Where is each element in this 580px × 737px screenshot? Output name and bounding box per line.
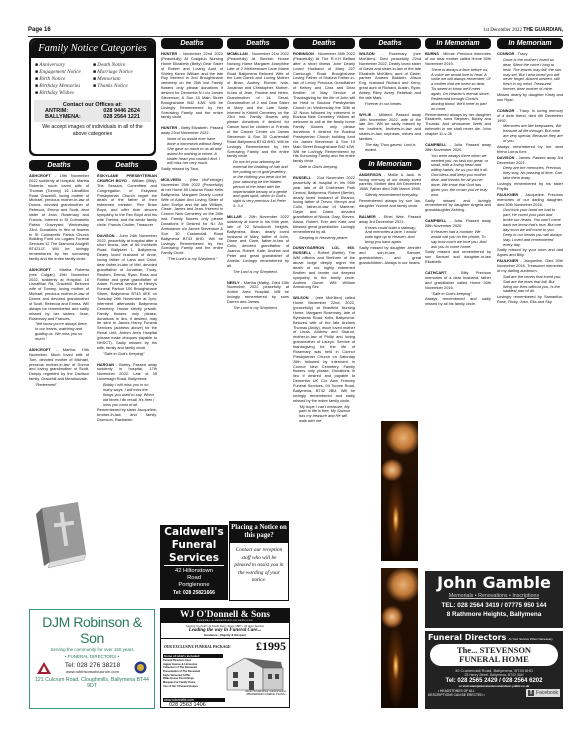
ad-tel: TEL: 028 2564 3419 / 07775 950 144 bbox=[425, 602, 563, 609]
candle-image bbox=[381, 421, 418, 561]
notice: HUNTER - Betty Elizabeth. Passed away 22… bbox=[161, 126, 223, 136]
notice-end: Always remembered by her dear friend Lor… bbox=[497, 145, 563, 155]
section-header-deaths: Deaths bbox=[29, 160, 89, 171]
ad-stevenson-funeral-home: Funeral Directors At Your Service When N… bbox=[425, 631, 563, 709]
notice-end: Sadly missed by daughter Jennifer and so… bbox=[359, 246, 421, 266]
ad-name: WJ O'Donnell & Sons bbox=[180, 610, 270, 620]
verse: "We know you're always there. In our hea… bbox=[29, 322, 89, 342]
notice: MCILVEEN - (Nee McFetridge) November 25t… bbox=[161, 178, 223, 256]
verse: Gone is the mother I loved so dear, Sile… bbox=[497, 58, 563, 92]
images-note: We accept images of individuals in all o… bbox=[31, 122, 154, 140]
category-item: Death Notice bbox=[93, 62, 151, 68]
notice-end: Sadly missed and remembered by son Samue… bbox=[425, 250, 491, 265]
notice: DUNNYGARRON LOL 960. RUSSELL - Robert (B… bbox=[293, 246, 355, 290]
ad-john-gamble: John Gamble Memorials • Renovations • In… bbox=[425, 571, 563, 628]
funeral-home-photo: Mount St Dalmanus, Funeral Home•PREFERRE… bbox=[223, 654, 289, 698]
verse: Deep are the memories, Precious they sta… bbox=[497, 166, 563, 181]
category-item: Birthday Memories bbox=[35, 83, 93, 89]
notice: ESKYLANE PRESBYTERIAN CHURCH BOYD - Will… bbox=[97, 174, 157, 228]
verse: "The Lord's is my Shepherd." bbox=[161, 257, 223, 262]
notice-end: Always remembered and sadly missed by al… bbox=[425, 297, 491, 307]
notice: WYLIE - Mildred. Passed away 16th Novemb… bbox=[359, 113, 421, 142]
notice: HUNTER - November 22nd 2022 (Peacefully)… bbox=[161, 52, 223, 120]
verse: Bobby I will miss you in so many ways, I… bbox=[97, 383, 157, 407]
header-rule bbox=[28, 36, 563, 37]
ad-caldwells: Caldwell's Funeral Services 42 Hiltonsto… bbox=[160, 525, 228, 600]
notice-end: Missed dearly by daughter Kirsty and son… bbox=[497, 93, 563, 103]
notice: FAULKNER - Jacqueline. Precious memories… bbox=[497, 193, 563, 208]
section-header-memoriam: In Memoriam bbox=[359, 159, 421, 170]
verse: If Heaven had a number, We would call yo… bbox=[425, 230, 491, 250]
facebook-link[interactable]: fFacebook bbox=[526, 689, 560, 697]
candle-image bbox=[381, 568, 418, 708]
notice: CONNOR - Tracy. In loving memory of a de… bbox=[497, 109, 563, 124]
notice-end: Sadly missed by Tara. bbox=[161, 167, 223, 172]
dateline: 1st December 2022 THE GUARDIAN, bbox=[483, 27, 563, 33]
ad-address: 121 Culcrum Road, Cloughmills, Ballymena… bbox=[30, 677, 154, 689]
verse: The Lord is my Shepherd. bbox=[227, 270, 289, 275]
notice: HARGAN - Bobby. Passed away suddenly in … bbox=[97, 363, 157, 383]
notice: WILSON - (nee McKillen) called Home Nove… bbox=[293, 296, 355, 403]
ad-name: Services bbox=[160, 551, 228, 564]
verse: If tears could build a stairway, And mem… bbox=[359, 226, 421, 246]
verse: 'My hope I can't measure, My path to lif… bbox=[293, 405, 355, 425]
notice: BURNS - Minnie. Precious memories of our… bbox=[425, 52, 491, 67]
category-item: Engagement Notice bbox=[35, 69, 93, 75]
ad-services: Memorials • Renovations • Inscriptions bbox=[425, 593, 563, 599]
ad-price: £1995 bbox=[256, 639, 286, 654]
verse: Sleeping in Heavenly peace. bbox=[293, 236, 355, 241]
notice: ASHCROFT - Martha. 19th November. Much l… bbox=[29, 348, 89, 382]
verse: Memories are like keepsakes, We treasure… bbox=[497, 124, 563, 144]
notice: MCMILLAN - November 21st 2022 (Peacefull… bbox=[227, 52, 289, 159]
notice: ASHCROFT - 19th November 2022 suddenly a… bbox=[29, 174, 89, 262]
category-item: Birth Notice bbox=[35, 76, 93, 82]
package-list: Some of what's included: Funeral Directo… bbox=[161, 654, 223, 698]
verse: Safe in God's keeping. bbox=[293, 165, 355, 170]
verse: Sad are the hearts that loved you, Sad a… bbox=[497, 275, 563, 295]
notice-end: Remembered always by son Ian, daughter Y… bbox=[359, 199, 421, 209]
category-item: Thanks Notice bbox=[93, 83, 151, 89]
funeral-association-logo-icon bbox=[37, 662, 51, 674]
paper-name: THE GUARDIAN, bbox=[523, 27, 563, 33]
page-number: Page 16 bbox=[28, 27, 51, 33]
column-deaths-1: Deaths ASHCROFT - 19th November 2022 sud… bbox=[29, 160, 89, 389]
ad-name: Caldwell's bbox=[160, 525, 228, 538]
ad-web: www.robinsonsofculcrum.com bbox=[65, 669, 120, 674]
ad-tel: Tel: 028 25821666 bbox=[160, 590, 228, 596]
column-deaths-4: Deaths MCMILLAN - November 21st 2022 (Pe… bbox=[227, 38, 289, 312]
ad-name: DJM Robinson & Son bbox=[30, 614, 154, 646]
verse: Forever in our hearts. bbox=[359, 102, 421, 107]
section-header-deaths: Deaths bbox=[227, 38, 289, 49]
category-item: Memoriam bbox=[93, 76, 151, 82]
section-header-deaths: Deaths bbox=[293, 38, 355, 49]
verse: The Lord is my Shepherd. bbox=[227, 306, 289, 311]
notice: DAVISON - James. Passed away 3rd Decembe… bbox=[497, 156, 563, 166]
office-name: BALLYMENA: bbox=[45, 114, 81, 120]
ad-address: 42 Hiltonstown bbox=[175, 568, 213, 574]
ad-djm-robinson: DJM Robinson & Son Serving the community… bbox=[29, 609, 155, 709]
column-memoriam-2: In Memoriam CONNOR - Tracy. Gone is the … bbox=[497, 38, 563, 306]
section-header-deaths: Deaths bbox=[359, 38, 421, 49]
notice-end: Remembered by sister Jacqueline, brother… bbox=[97, 408, 157, 423]
notice: BALMER - Ethel Weir. Passed away 3rd Dec… bbox=[359, 215, 421, 225]
section-header-memoriam: In Memoriam bbox=[497, 38, 563, 49]
notice: ANDERSON - Mollie & Jack. In loving memo… bbox=[359, 173, 421, 193]
categories-title: Family Notice Categories bbox=[31, 40, 154, 58]
categories-box: Family Notice Categories Anniversary Dea… bbox=[29, 38, 156, 156]
verse: God took your hand we had to part, He cu… bbox=[497, 208, 563, 247]
column-deaths-2: Deaths ESKYLANE PRESBYTERIAN CHURCH BOYD… bbox=[97, 160, 157, 424]
notice-end: Lovingly remembered by Samantha-Rose, Ri… bbox=[497, 295, 563, 305]
ad-name: John Gamble bbox=[425, 571, 563, 592]
ad-tel: 028 2563 1406 bbox=[169, 702, 289, 708]
bible-cross-icon bbox=[28, 500, 90, 572]
ad-wj-odonnell: WJ O'Donnell & SonsFUNERAL & REPATRIATIO… bbox=[160, 608, 290, 708]
notice-end: Sadly missed by your mum and dad Agnes a… bbox=[497, 248, 563, 258]
ad-address: 8 Rathmore Heights, Ballymena bbox=[425, 611, 563, 618]
ad-name: Funeral bbox=[160, 538, 228, 551]
column-deaths-5: Deaths ROBINSON - November 28th 2022 (Pe… bbox=[293, 38, 355, 425]
column-memoriam-1: In Memoriam BURNS - Minnie. Precious mem… bbox=[425, 38, 491, 308]
verse: "Safe in God's Keeping" bbox=[97, 352, 157, 357]
notice: CAMPBELL - Julia. Passed away 28th Novem… bbox=[425, 143, 491, 153]
ad-tagline: Serving the community for over 150 years bbox=[30, 647, 154, 652]
section-header-deaths: Deaths bbox=[161, 38, 223, 49]
verse: The day Thou gavest, Lord is ended. bbox=[359, 143, 421, 153]
verse: "Redeemed" bbox=[29, 383, 89, 388]
column-deaths-3: Deaths HUNTER - November 22nd 2022 (Peac… bbox=[161, 38, 223, 263]
office-tel: 028 2564 1221 bbox=[103, 114, 140, 120]
notice: ROBINSON - November 28th 2022 (Peacefull… bbox=[293, 52, 355, 164]
ad-title: Placing a Notice on this page? bbox=[230, 522, 288, 543]
verse: Do not let your adorning be external the… bbox=[227, 160, 289, 209]
ad-body: Contact our reception staff who will be … bbox=[230, 543, 288, 588]
category-item: Birthday Wishes bbox=[35, 90, 93, 96]
verse: You were always there when we needed you… bbox=[425, 154, 491, 198]
notice: MILLAR - 20th November 2022 suddenly at … bbox=[227, 215, 289, 269]
ad-tel: Tel: 028 276 38218 bbox=[65, 662, 120, 669]
verse: There is always a face before us, A voic… bbox=[425, 68, 491, 112]
notice: NEELY - Martha (Matty). Died 15th Novemb… bbox=[227, 281, 289, 305]
verse: None of us would ever have done a homewo… bbox=[161, 137, 223, 166]
notice-end: Sadly missed and lovingly remembered by … bbox=[425, 199, 491, 214]
section-header-deaths: Deaths bbox=[97, 160, 157, 171]
facebook-icon: f bbox=[528, 690, 534, 696]
ad-tel: Tel: 028 2565 2429 / 028 2564 6202 bbox=[425, 678, 563, 684]
column-deaths-6: Deaths WILSON - Rosemary (nee McKillen).… bbox=[359, 38, 421, 267]
notice: CATHCART - Billy. Precious memories of a… bbox=[425, 271, 491, 291]
notice: DAVISON - John 24th November 2022, peace… bbox=[97, 234, 157, 351]
categories-list: Anniversary Death Notice Engagement Noti… bbox=[31, 58, 154, 98]
notice: RUSSELL - 21st November 2022 peacefully … bbox=[293, 176, 355, 235]
notice: FAULKNER - Jacqueline. Died 30th Novembe… bbox=[497, 259, 563, 274]
category-item: Marriage Notice bbox=[93, 69, 151, 75]
date: 1st December 2022 bbox=[483, 28, 522, 33]
notice: WILSON - Rosemary (nee McKillen). Died p… bbox=[359, 52, 421, 101]
notice-end: Lovingly remembered by his sister Phylli… bbox=[497, 182, 563, 192]
notice-end: Remembered always by her daughter Elizab… bbox=[425, 113, 491, 137]
notice: ASHCROFT - Martha Roberta (nee Colgan) 1… bbox=[29, 268, 89, 322]
ad-type: • FUNERAL DIRECTORS • bbox=[30, 654, 154, 659]
crest-logo-icon bbox=[134, 661, 147, 674]
office-row: BALLYMENA:028 2564 1221 bbox=[38, 114, 147, 120]
notice: CAMPBELL - Julia. Passed away 28th Novem… bbox=[425, 219, 491, 229]
section-header-memoriam: In Memoriam bbox=[425, 38, 491, 49]
ad-placing-notice: Placing a Notice on this page? Contact o… bbox=[229, 521, 289, 601]
category-item: Anniversary bbox=[35, 62, 93, 68]
contact-offices: Contact our Offices at: ANTRIM:028 9446 … bbox=[34, 100, 151, 122]
